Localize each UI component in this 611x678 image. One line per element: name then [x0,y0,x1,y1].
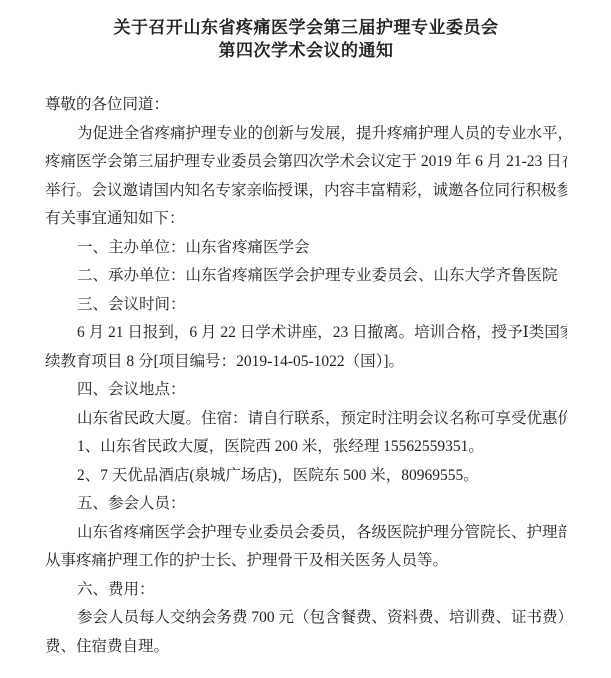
item-3-time-line-1: 6 月 21 日报到，6 月 22 日学术讲座，23 日撤离。培训合格，授予Ⅰ类… [45,319,567,348]
item-6-fee-line-2: 费、住宿费自理。 [45,633,567,662]
item-3-time-heading: 三、会议时间： [45,291,567,320]
item-5-attendees-line-1: 山东省疼痛医学会护理专业委员会委员，各级医院护理分管院长、护理部主任、 [45,519,567,548]
item-4-hotel-1: 1、山东省民政大厦，医院西 200 米，张经理 15562559351。 [45,433,567,462]
item-6-fee-heading: 六、费用： [45,576,567,605]
notice-document-page: 关于召开山东省疼痛医学会第三届护理专业委员会 第四次学术会议的通知 尊敬的各位同… [0,0,611,678]
intro-line-1: 为促进全省疼痛护理专业的创新与发展，提升疼痛护理人员的专业水平，山东省 [45,120,567,149]
document-title-line-1: 关于召开山东省疼痛医学会第三届护理专业委员会 [45,16,567,39]
item-4-venue-line-1: 山东省民政大厦。住宿：请自行联系，预定时注明会议名称可享受优惠价。 [45,405,567,434]
intro-line-3: 举行。会议邀请国内知名专家亲临授课，内容丰富精彩，诚邀各位同行积极参会交流。 [45,177,567,206]
document-title-line-2: 第四次学术会议的通知 [45,39,567,62]
document-body: 尊敬的各位同道：为促进全省疼痛护理专业的创新与发展，提升疼痛护理人员的专业水平，… [45,91,567,661]
intro-line-2: 疼痛医学会第三届护理专业委员会第四次学术会议定于 2019 年 6 月 21-2… [45,148,567,177]
document-title: 关于召开山东省疼痛医学会第三届护理专业委员会 第四次学术会议的通知 [45,16,567,62]
item-2-organizer: 二、承办单位：山东省疼痛医学会护理专业委员会、山东大学齐鲁医院 [45,262,567,291]
item-6-fee-line-1: 参会人员每人交纳会务费 700 元（包含餐费、资料费、培训费、证书费），交通 [45,604,567,633]
salutation: 尊敬的各位同道： [45,91,567,120]
item-4-venue-heading: 四、会议地点： [45,376,567,405]
item-5-attendees-heading: 五、参会人员： [45,490,567,519]
notice-document: 关于召开山东省疼痛医学会第三届护理专业委员会 第四次学术会议的通知 尊敬的各位同… [0,0,611,661]
item-3-time-line-2: 续教育项目 8 分[项目编号：2019-14-05-1022（国）]。 [45,348,567,377]
intro-line-4: 有关事宜通知如下： [45,205,567,234]
item-5-attendees-line-2: 从事疼痛护理工作的护士长、护理骨干及相关医务人员等。 [45,547,567,576]
item-1-host: 一、主办单位：山东省疼痛医学会 [45,234,567,263]
item-4-hotel-2: 2、7 天优品酒店(泉城广场店)，医院东 500 米，80969555。 [45,462,567,491]
